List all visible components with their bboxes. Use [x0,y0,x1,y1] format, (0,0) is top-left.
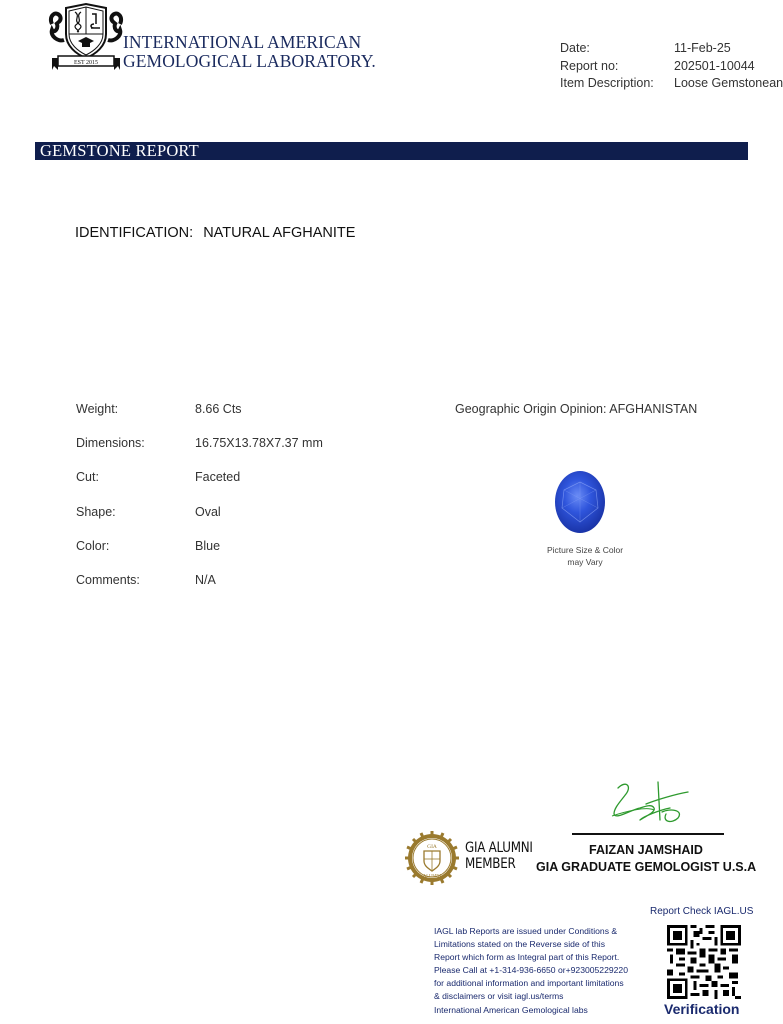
verification-label: Verification [664,1001,739,1017]
meta-value: Loose Gemstoneant [674,75,783,93]
crest-shield-icon: EST 2015 [48,2,124,72]
meta-value: 202501-10044 [674,58,755,76]
detail-value: Blue [195,539,220,573]
disclaimer-line: for additional information and important… [434,977,664,990]
geographic-origin: Geographic Origin Opinion: AFGHANISTAN [455,402,697,416]
meta-row-item-description: Item Description: Loose Gemstoneant [560,75,783,93]
gem-details: Weight: 8.66 Cts Dimensions: 16.75X13.78… [76,402,323,607]
gemologist-name: FAIZAN JAMSHAID [589,843,703,857]
signature-line [572,833,724,835]
detail-label: Dimensions: [76,436,195,470]
caption-line: Picture Size & Color [530,544,640,556]
report-title: GEMSTONE REPORT [40,142,199,160]
svg-text:ALUMNI: ALUMNI [423,873,441,878]
detail-value: Faceted [195,470,240,504]
lab-name: INTERNATIONAL AMERICAN GEMOLOGICAL LABOR… [123,33,376,71]
disclaimer-line: Please Call at +1-314-936-6650 or+923005… [434,964,664,977]
detail-value: 16.75X13.78X7.37 mm [195,436,323,470]
detail-row-cut: Cut: Faceted [76,470,323,504]
detail-value: 8.66 Cts [195,402,242,436]
identification-label: IDENTIFICATION: [75,225,193,241]
detail-label: Shape: [76,505,195,539]
svg-text:EST 2015: EST 2015 [74,60,98,66]
report-meta: Date: 11-Feb-25 Report no: 202501-10044 … [560,40,783,93]
meta-label: Report no: [560,58,674,76]
disclaimer-line: & disclaimers or visit iagl.us/terms [434,990,664,1003]
qr-code-icon[interactable] [666,925,742,999]
detail-value: N/A [195,573,216,607]
identification: IDENTIFICATION: NATURAL AFGHANITE [75,225,355,241]
detail-value: Oval [195,505,221,539]
report-title-bar: GEMSTONE REPORT [35,142,748,160]
disclaimer-line: Report which form as Integral part of th… [434,951,664,964]
gia-line2: MEMBER [465,856,533,872]
gem-image-caption: Picture Size & Color may Vary [530,544,640,568]
detail-row-shape: Shape: Oval [76,505,323,539]
meta-label: Item Description: [560,75,674,93]
meta-value: 11-Feb-25 [674,40,731,58]
signature-icon [600,780,695,830]
detail-row-dimensions: Dimensions: 16.75X13.78X7.37 mm [76,436,323,470]
disclaimer-line: IAGL lab Reports are issued under Condit… [434,925,664,938]
gia-alumni-seal-icon: GIA ALUMNI [405,831,459,885]
meta-label: Date: [560,40,674,58]
detail-row-weight: Weight: 8.66 Cts [76,402,323,436]
lab-name-line2: GEMOLOGICAL LABORATORY. [123,52,376,71]
disclaimer-text: IAGL lab Reports are issued under Condit… [434,925,664,1017]
meta-row-report-no: Report no: 202501-10044 [560,58,783,76]
detail-row-comments: Comments: N/A [76,573,323,607]
disclaimer-line: International American Gemological labs [434,1004,664,1017]
gemologist-title: GIA GRADUATE GEMOLOGIST U.S.A [536,860,756,874]
detail-label: Weight: [76,402,195,436]
detail-label: Cut: [76,470,195,504]
meta-row-date: Date: 11-Feb-25 [560,40,783,58]
gia-alumni-member-label: GIA ALUMNI MEMBER [465,840,533,872]
oval-gemstone-icon [554,470,606,534]
detail-label: Comments: [76,573,195,607]
caption-line: may Vary [530,556,640,568]
detail-label: Color: [76,539,195,573]
report-check-label: Report Check IAGL.US [650,906,753,917]
lab-name-line1: INTERNATIONAL AMERICAN [123,33,376,52]
identification-value: NATURAL AFGHANITE [203,225,355,241]
svg-text:GIA: GIA [427,844,437,850]
detail-row-color: Color: Blue [76,539,323,573]
disclaimer-line: Limitations stated on the Reverse side o… [434,938,664,951]
gia-line1: GIA ALUMNI [465,840,533,856]
